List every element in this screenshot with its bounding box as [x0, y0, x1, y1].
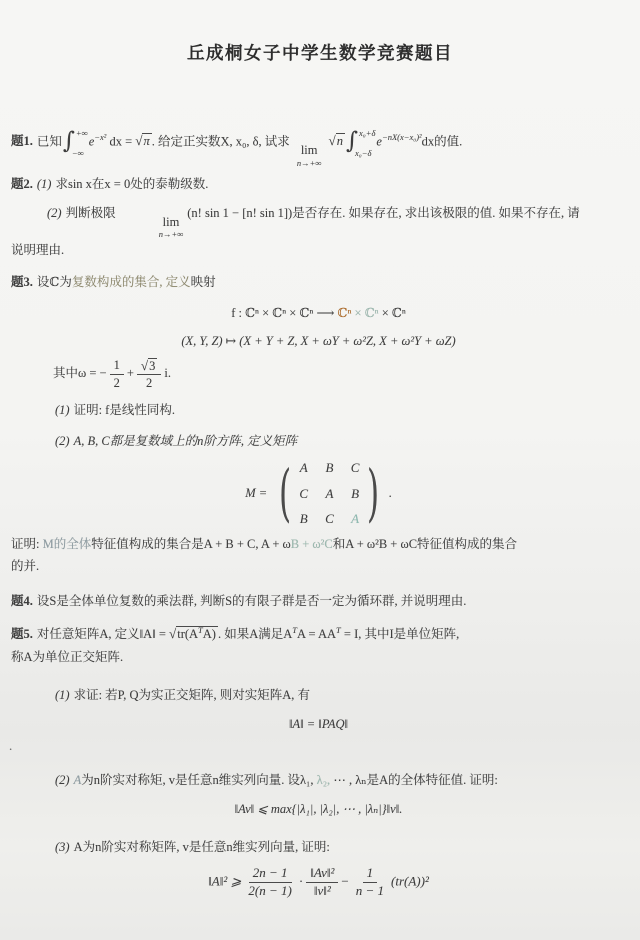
math-exponent: −nX(x−x₀)² [382, 132, 422, 142]
text-run: 特征值构成的集合是A + B + C, A + ω [91, 537, 291, 551]
denominator: 2 [110, 375, 124, 391]
text-run: i. [164, 366, 171, 380]
integral: ∫x₀+δx₀−δ [346, 129, 375, 156]
numerator: ‖Av‖² [306, 865, 338, 883]
numerator: 1 [110, 357, 124, 374]
problem-5-label: 题5. [11, 627, 33, 641]
text-run: 称A为单位正交矩阵. [11, 650, 123, 664]
text-run: . 给定正实数X, x₀, δ, 试求 [152, 134, 290, 148]
map-codomain-1: ℂⁿ [338, 306, 352, 320]
formula-text: ‖Av‖ ⩽ max{|λ₁|, |λ₂|, ⋯ , |λₙ|}‖v‖. [235, 802, 403, 816]
lim-subscript: n→+∞ [297, 159, 322, 168]
problem-2-part-2: (2)判断极限 limn→+∞(n! sin 1 − [n! sin 1])是否… [11, 202, 626, 239]
limit: limn→+∞ [297, 144, 322, 167]
integral-upper: x₀+δ [359, 129, 375, 138]
text-run-faded: B + ω²C [291, 537, 333, 551]
matrix-cell: B [325, 456, 334, 479]
text-run: 其中ω = − [53, 366, 107, 380]
problem-4: 题4.设S是全体单位复数的乘法群, 判断S的有限子群是否一定为循环群, 并说明理… [11, 590, 626, 613]
fraction: ‖Av‖²‖v‖² [306, 865, 338, 900]
matrix-cell: C [325, 507, 334, 530]
text-run: 求证: 若P, Q为实正交矩阵, 则对实矩阵A, 有 [74, 688, 310, 702]
formula-map-definition: f : ℂⁿ × ℂⁿ × ℂⁿ ⟶ ℂⁿ × ℂⁿ × ℂⁿ [11, 302, 626, 325]
radicand: n [336, 133, 345, 148]
text-run: 映射 [191, 275, 216, 289]
minus-sign: − [341, 873, 348, 888]
text-run: dx的值. [422, 134, 463, 148]
part-number: (1) [37, 177, 52, 191]
numerator: 1 [363, 865, 378, 883]
formula-map-rule: (X, Y, Z) ↦ (X + Y + Z, X + ωY + ω²Z, X … [11, 330, 626, 353]
numerator: 2n − 1 [249, 865, 292, 883]
problem-3-proof-claim: 证明: M的全体特征值构成的集合是A + B + C, A + ωB + ω²C… [11, 533, 626, 556]
text-run: 对任意矩阵A, 定义‖A‖ = [37, 627, 166, 641]
omega-definition: 其中ω = −12+√32i. [53, 357, 626, 392]
formula-matrix: M = ( A B C C A B B C A ) . [11, 456, 626, 530]
matrix-cell: C [351, 456, 360, 479]
matrix-cell: A [325, 482, 334, 505]
radicand: π [142, 133, 151, 148]
problem-3-proof-continuation: 的并. [11, 555, 626, 578]
text-run: dx = [109, 134, 132, 148]
problem-2: 题2.(1)求sin x在x = 0处的泰勒级数. [11, 173, 626, 196]
radical-icon: √ [141, 358, 148, 373]
text-run-faded: M的全体 [43, 537, 92, 551]
problem-2-label: 题2. [11, 177, 33, 191]
text-run: A为n阶实对称矩阵, v是任意n维实列向量, 证明: [74, 840, 330, 854]
problem-3-part-1: (1)证明: f是线性同构. [11, 399, 626, 422]
text-run: 说明理由. [11, 243, 64, 257]
problem-5-part-3: (3)A为n阶实对称矩阵, v是任意n维实列向量, 证明: [11, 836, 626, 859]
part-number: (1) [55, 403, 70, 417]
part-number: (2) [55, 773, 70, 787]
text-run: 证明: f是线性同构. [74, 403, 175, 417]
text-run: 和A + ω²B + ωC特征值构成的集合 [333, 537, 517, 551]
text-run: A, B, C都是复数域上的n阶方阵, 定义矩阵 [74, 434, 298, 448]
text-run-faded: 复数构成的集合, 定义 [72, 275, 191, 289]
text-run: A = AA [297, 627, 336, 641]
right-paren-icon: ) [367, 464, 379, 523]
text-run: tr(A [177, 627, 198, 641]
cdot-icon: · [299, 873, 303, 888]
integral-lower: x₀−δ [355, 149, 371, 158]
radical-icon: √ [329, 133, 336, 148]
text-run: 为n阶实对称矩, v是任意n维实列向量. 设λ₁, [81, 773, 316, 787]
problem-3: 题3.设ℂ为复数构成的集合, 定义映射 [11, 271, 626, 294]
denominator: ‖v‖² [310, 883, 335, 900]
formula-rhs: (tr(A))² [391, 873, 429, 888]
tuple-rhs: (X + Y + Z, X + ωY + ω²Z, X + ω²Y + ωZ) [239, 334, 455, 348]
formula-norm-invariance: ‖A‖ = ‖PAQ‖ [11, 713, 626, 736]
map-domain: f : ℂⁿ × ℂⁿ × ℂⁿ [231, 306, 313, 320]
text-run: . 如果A满足A [218, 627, 292, 641]
problem-5: 题5.对任意矩阵A, 定义‖A‖ = √tr(ATA). 如果A满足ATA = … [11, 622, 626, 646]
problem-1: 题1.已知∫+∞−∞e−x² dx = √π. 给定正实数X, x₀, δ, 试… [11, 129, 626, 167]
document-body: 题1.已知∫+∞−∞e−x² dx = √π. 给定正实数X, x₀, δ, 试… [11, 129, 626, 899]
formula-eigenvalue-bound: ‖Av‖ ⩽ max{|λ₁|, |λ₂|, ⋯ , |λₙ|}‖v‖. [11, 798, 626, 821]
integral-upper: +∞ [76, 129, 88, 138]
problem-5-part-1: (1)求证: 若P, Q为实正交矩阵, 则对实矩阵A, 有 [11, 684, 626, 707]
page-title: 丘成桐女子中学生数学竞赛题目 [0, 40, 640, 65]
integral-lower: −∞ [72, 149, 84, 158]
problem-4-label: 题4. [11, 594, 33, 608]
text-run: ⋯ , λₙ是A的全体特征值. 证明: [330, 773, 498, 787]
period: . [389, 482, 392, 505]
sqrt-pi: √π [135, 134, 151, 148]
lim-subscript: n→+∞ [123, 230, 184, 239]
lim-word: lim [127, 216, 180, 229]
problem-2-continuation: 说明理由. [11, 239, 626, 262]
problem-3-label: 题3. [11, 275, 33, 289]
limit: limn→+∞ [123, 216, 184, 239]
map-codomain-2: × ℂⁿ [355, 306, 379, 320]
text-run: 设ℂ为 [37, 275, 72, 289]
radicand: 3 [148, 358, 157, 373]
text-run: 证明: [11, 537, 43, 551]
integral: ∫+∞−∞ [63, 129, 88, 156]
matrix-cells: A B C C A B B C A [297, 456, 361, 530]
fraction: 12 [110, 357, 124, 391]
denominator: 2(n − 1) [244, 883, 295, 900]
sqrt-n: √n [329, 134, 345, 148]
fraction: √32 [137, 357, 161, 392]
denominator: 2 [142, 375, 156, 391]
part-number: (2) [47, 206, 62, 220]
text-run: 的并. [11, 559, 39, 573]
long-arrow-icon: ⟶ [316, 306, 334, 320]
tuple-lhs: (X, Y, Z) [181, 334, 222, 348]
sqrt-trace: √tr(ATA) [169, 627, 218, 641]
mapsto-icon: ↦ [226, 334, 236, 348]
text-run: 设S是全体单位复数的乘法群, 判断S的有限子群是否一定为循环群, 并说明理由. [37, 594, 467, 608]
text-run: = I, 其中I是单位矩阵, [341, 627, 460, 641]
text-run-faded: λ₂, [317, 773, 331, 787]
problem-3-part-2: (2)A, B, C都是复数域上的n阶方阵, 定义矩阵 [11, 430, 626, 453]
map-codomain-3: × ℂⁿ [382, 306, 406, 320]
stray-mark: . [9, 738, 12, 754]
matrix-cell: A [299, 456, 308, 479]
matrix-lhs: M = [245, 482, 267, 505]
part-number: (3) [55, 840, 70, 854]
problem-5-part-2: (2)A为n阶实对称矩, v是任意n维实列向量. 设λ₁, λ₂, ⋯ , λₙ… [11, 769, 626, 792]
text-run: (n! sin 1 − [n! sin 1])是否存在. 如果存在, 求出该极限… [187, 206, 579, 220]
plus-sign: + [127, 366, 134, 380]
matrix-cell: C [299, 482, 308, 505]
problem-5-continuation: 称A为单位正交矩阵. [11, 646, 626, 669]
part-number: (1) [55, 688, 70, 702]
document-page: 丘成桐女子中学生数学竞赛题目 题1.已知∫+∞−∞e−x² dx = √π. 给… [0, 0, 640, 940]
math-exponent: −x² [94, 132, 106, 142]
lim-word: lim [301, 144, 318, 157]
text-run: 已知 [37, 134, 62, 148]
formula-lhs: ‖A‖² ⩾ [208, 873, 241, 888]
fraction: 1n − 1 [352, 865, 388, 900]
text-run: 求sin x在x = 0处的泰勒级数. [55, 177, 208, 191]
numerator: √3 [137, 357, 161, 375]
matrix-cell: B [351, 482, 360, 505]
part-number: (2) [55, 434, 70, 448]
formula-trace-inequality: ‖A‖² ⩾2n − 12(n − 1)·‖Av‖²‖v‖²−1n − 1(tr… [11, 865, 626, 900]
formula-text: ‖A‖ = ‖PAQ‖ [289, 717, 348, 731]
radicand: tr(ATA) [176, 626, 218, 641]
denominator: n − 1 [352, 883, 388, 900]
problem-1-label: 题1. [11, 134, 33, 148]
matrix-cell: A [351, 507, 360, 530]
left-paren-icon: ( [279, 464, 291, 523]
matrix-cell: B [299, 507, 308, 530]
text-run: 判断极限 [66, 206, 116, 220]
fraction: 2n − 12(n − 1) [244, 865, 295, 900]
text-run: A) [203, 627, 216, 641]
